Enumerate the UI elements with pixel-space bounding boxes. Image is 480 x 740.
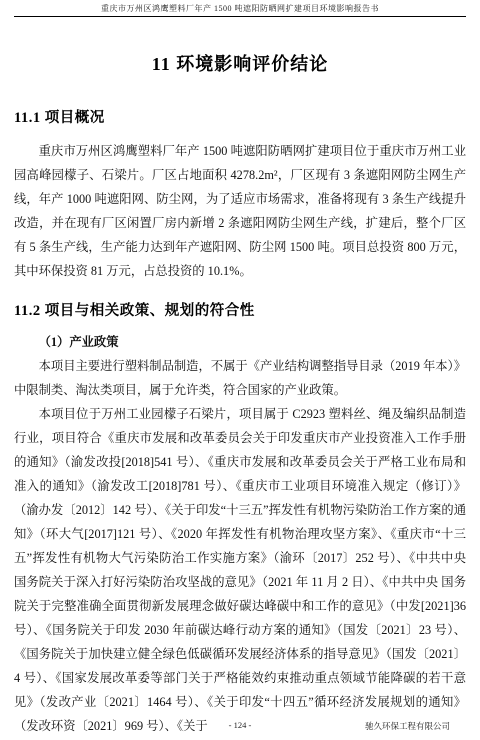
section-11-2-paragraph-1: 本项目主要进行塑料制品制造，不属于《产业结构调整指导目录（2019 年本）》中限… bbox=[14, 354, 466, 402]
subsection-heading-industrial-policy: （1）产业政策 bbox=[14, 330, 466, 354]
page-header: 重庆市万州区鸿鹰塑料厂年产 1500 吨遮阳防晒网扩建项目环境影响报告书 bbox=[14, 3, 466, 17]
document-page: 重庆市万州区鸿鹰塑料厂年产 1500 吨遮阳防晒网扩建项目环境影响报告书 11 … bbox=[0, 0, 480, 740]
page-content: 11 环境影响评价结论 11.1 项目概况 重庆市万州区鸿鹰塑料厂年产 1500… bbox=[14, 16, 466, 738]
section-11-2-paragraph-2: 本项目位于万州工业园檬子石梁片，项目属于 C2923 塑料丝、绳及编织品制造行业… bbox=[14, 402, 466, 738]
page-footer: - 124 - 驰久环保工程有限公司 bbox=[14, 720, 466, 734]
section-11-1-paragraph: 重庆市万州区鸿鹰塑料厂年产 1500 吨遮阳防晒网扩建项目位于重庆市万州工业园高… bbox=[14, 139, 466, 283]
section-heading-11-2: 11.2 项目与相关政策、规划的符合性 bbox=[14, 299, 466, 320]
chapter-title: 11 环境影响评价结论 bbox=[14, 50, 466, 76]
section-heading-11-1: 11.1 项目概况 bbox=[14, 106, 466, 127]
footer-company-name: 驰久环保工程有限公司 bbox=[365, 720, 450, 732]
running-title: 重庆市万州区鸿鹰塑料厂年产 1500 吨遮阳防晒网扩建项目环境影响报告书 bbox=[14, 3, 466, 14]
